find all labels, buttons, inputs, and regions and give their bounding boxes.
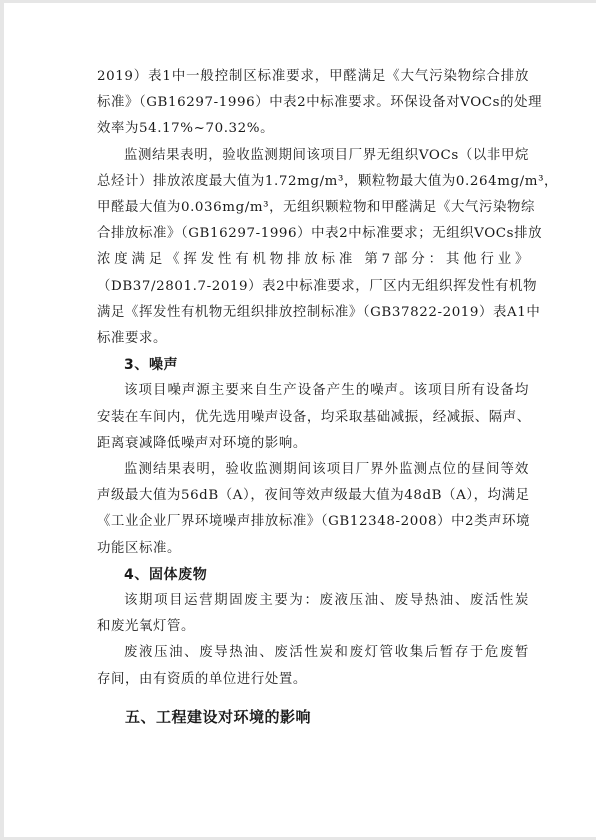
paragraph-unorganized-emissions: 监测结果表明，验收监测期间该项目厂界无组织VOCs（以非甲烷 总烃计）排放浓度最… bbox=[97, 143, 529, 353]
text-line: 满足《挥发性有机物无组织排放控制标准》（GB37822-2019）表A1中 bbox=[97, 300, 529, 326]
section-heading-solid-waste: 4、固体废物 bbox=[97, 562, 529, 588]
paragraph-solid-waste-types: 该期项目运营期固废主要为：废液压油、废导热油、废活性炭 和废光氧灯管。 bbox=[97, 588, 529, 640]
paragraph-air-standards: 2019）表1中一般控制区标准要求，甲醛满足《大气污染物综合排放 标准》（GB1… bbox=[97, 64, 529, 143]
text-line: 存间，由有资质的单位进行处置。 bbox=[97, 667, 529, 693]
section-heading-noise: 3、噪声 bbox=[97, 352, 529, 378]
text-line: 该期项目运营期固废主要为：废液压油、废导热油、废活性炭 bbox=[97, 588, 529, 614]
document-page: 2019）表1中一般控制区标准要求，甲醛满足《大气污染物综合排放 标准》（GB1… bbox=[4, 3, 596, 837]
text-line: 《工业企业厂界环境噪声排放标准》（GB12348-2008）中2类声环境 bbox=[97, 509, 529, 535]
section-heading-construction-impact: 五、工程建设对环境的影响 bbox=[97, 704, 529, 730]
text-line: 监测结果表明，验收监测期间该项目厂界外监测点位的昼间等效 bbox=[97, 457, 529, 483]
paragraph-noise-sources: 该项目噪声源主要来自生产设备产生的噪声。该项目所有设备均 安装在车间内，优先选用… bbox=[97, 378, 529, 457]
text-line: 2019）表1中一般控制区标准要求，甲醛满足《大气污染物综合排放 bbox=[97, 64, 529, 90]
text-line: 监测结果表明，验收监测期间该项目厂界无组织VOCs（以非甲烷 bbox=[97, 143, 529, 169]
text-line: 声级最大值为56dB（A），夜间等效声级最大值为48dB（A），均满足 bbox=[97, 483, 529, 509]
text-line: 功能区标准。 bbox=[97, 536, 529, 562]
paragraph-solid-waste-handling: 废液压油、废导热油、废活性炭和废灯管收集后暂存于危废暂 存间，由有资质的单位进行… bbox=[97, 640, 529, 692]
text-line: 标准》（GB16297-1996）中表2中标准要求。环保设备对VOCs的处理 bbox=[97, 90, 529, 116]
text-line: 浓度满足《挥发性有机物排放标准 第7部分：其他行业》 bbox=[97, 247, 529, 273]
text-line: 总烃计）排放浓度最大值为1.72mg/m³，颗粒物最大值为0.264mg/m³， bbox=[97, 169, 529, 195]
text-line: 标准要求。 bbox=[97, 326, 529, 352]
text-line: 该项目噪声源主要来自生产设备产生的噪声。该项目所有设备均 bbox=[97, 378, 529, 404]
text-line: 效率为54.17%~70.32%。 bbox=[97, 116, 529, 142]
text-line: 甲醛最大值为0.036mg/m³，无组织颗粒物和甲醛满足《大气污染物综 bbox=[97, 195, 529, 221]
document-body: 2019）表1中一般控制区标准要求，甲醛满足《大气污染物综合排放 标准》（GB1… bbox=[97, 64, 529, 730]
text-line: （DB37/2801.7-2019）表2中标准要求，厂区内无组织挥发性有机物 bbox=[97, 274, 529, 300]
text-line: 安装在车间内，优先选用噪声设备，均采取基础减振，经减振、隔声、 bbox=[97, 405, 529, 431]
text-line: 合排放标准》（GB16297-1996）中表2中标准要求；无组织VOCs排放 bbox=[97, 221, 529, 247]
text-line: 废液压油、废导热油、废活性炭和废灯管收集后暂存于危废暂 bbox=[97, 640, 529, 666]
paragraph-noise-results: 监测结果表明，验收监测期间该项目厂界外监测点位的昼间等效 声级最大值为56dB（… bbox=[97, 457, 529, 562]
text-line: 和废光氧灯管。 bbox=[97, 614, 529, 640]
text-line: 距离衰减降低噪声对环境的影响。 bbox=[97, 431, 529, 457]
